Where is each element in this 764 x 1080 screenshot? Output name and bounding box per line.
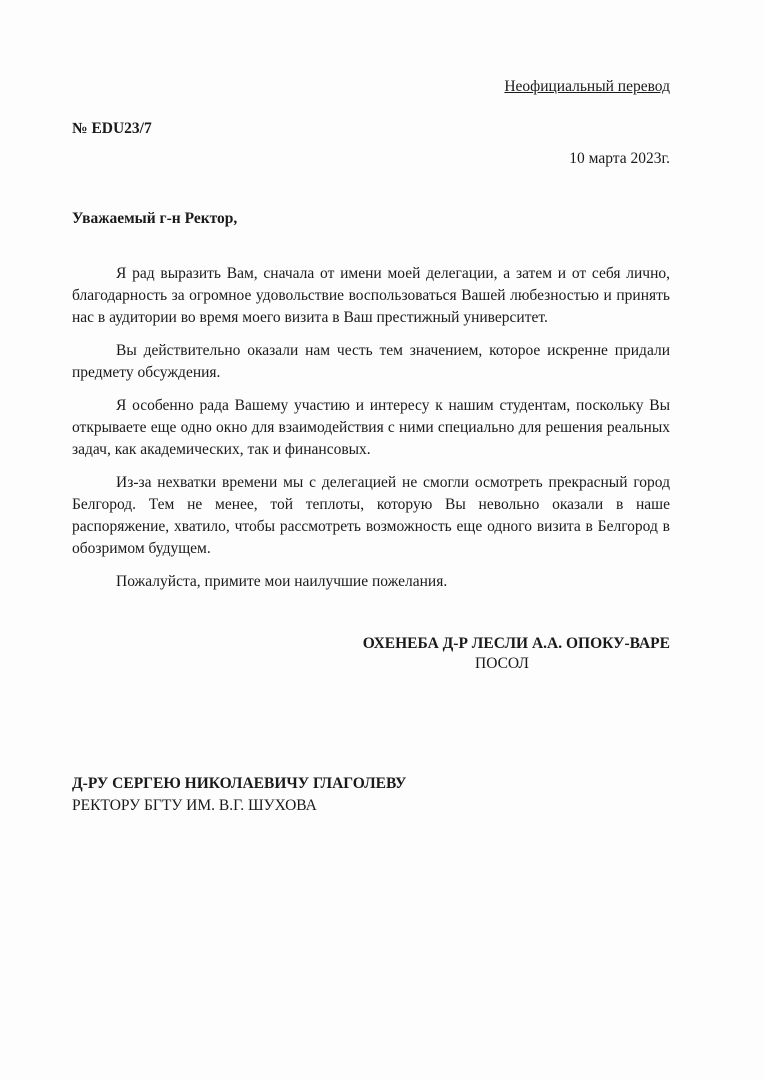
recipient-organization: РЕКТОРУ БГТУ ИМ. В.Г. ШУХОВА [72, 795, 406, 817]
letter-body: Я рад выразить Вам, сначала от имени мое… [72, 263, 670, 604]
unofficial-translation-note: Неофициальный перевод [504, 78, 670, 96]
recipient-name: Д-РУ СЕРГЕЮ НИКОЛАЕВИЧУ ГЛАГОЛЕВУ [72, 773, 406, 795]
letter-date: 10 марта 2023г. [569, 150, 670, 168]
paragraph-3: Я особенно рада Вашему участию и интерес… [72, 395, 670, 461]
signer-name: ОХЕНЕБА Д-Р ЛЕСЛИ А.А. ОПОКУ-ВАРЕ [363, 635, 670, 653]
reference-number: № EDU23/7 [72, 120, 152, 138]
paragraph-2: Вы действительно оказали нам честь тем з… [72, 340, 670, 384]
paragraph-5: Пожалуйста, примите мои наилучшие пожела… [72, 571, 670, 593]
recipient-block: Д-РУ СЕРГЕЮ НИКОЛАЕВИЧУ ГЛАГОЛЕВУ РЕКТОР… [72, 773, 406, 817]
salutation: Уважаемый г-н Ректор, [72, 210, 237, 228]
paragraph-1: Я рад выразить Вам, сначала от имени мое… [72, 263, 670, 329]
signer-title: ПОСОЛ [475, 655, 529, 673]
paragraph-4: Из-за нехватки времени мы с делегацией н… [72, 472, 670, 560]
